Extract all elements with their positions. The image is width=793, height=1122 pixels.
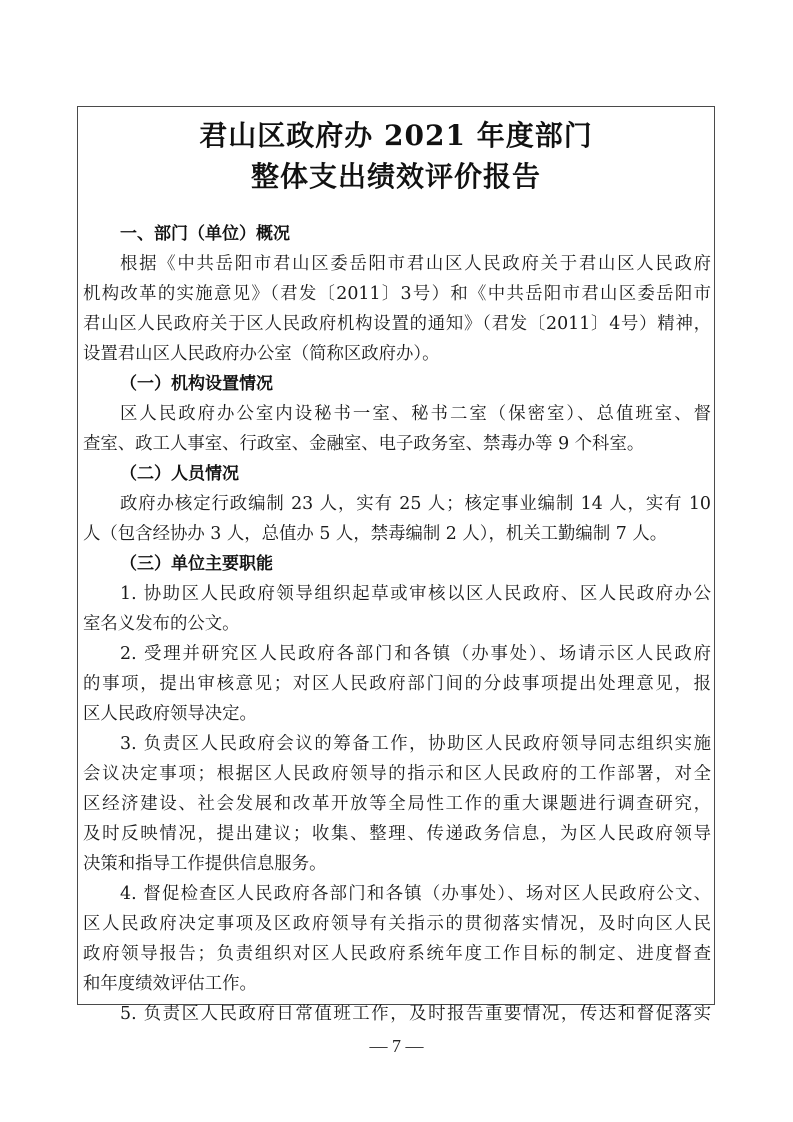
function-line: 1. 协助区人民政府领导组织起草或审核以区人民政府、区人民政府办公 — [120, 582, 711, 606]
subheading-organization: （一）机构设置情况 — [120, 372, 273, 396]
page-number: — 7 — — [0, 1036, 793, 1057]
function-line: 4. 督促检查区人民政府各部门和各镇（办事处）、场对区人民政府公文、 — [120, 882, 711, 906]
subheading-staffing: （二）人员情况 — [120, 462, 239, 486]
paragraph-line: 区人民政府办公室内设秘书一室、秘书二室（保密室）、总值班室、督 — [120, 402, 711, 426]
paragraph-line: 查室、政工人事室、行政室、金融室、电子政务室、禁毒办等 9 个科室。 — [83, 432, 711, 456]
function-line: 区人民政府领导决定。 — [83, 702, 711, 726]
function-line: 区经济建设、社会发展和改革开放等全局性工作的重大课题进行调查研究， — [83, 792, 711, 816]
section-heading-overview: 一、部门（单位）概况 — [120, 222, 290, 246]
function-line: 和年度绩效评估工作。 — [83, 972, 711, 996]
function-line: 决策和指导工作提供信息服务。 — [83, 852, 711, 876]
function-line: 的事项，提出审核意见；对区人民政府部门间的分歧事项提出处理意见，报 — [83, 672, 711, 696]
function-line: 会议决定事项；根据区人民政府领导的指示和区人民政府的工作部署，对全 — [83, 762, 711, 786]
function-line: 2. 受理并研究区人民政府各部门和各镇（办事处）、场请示区人民政府 — [120, 642, 711, 666]
function-line: 5. 负责区人民政府日常值班工作，及时报告重要情况，传达和督促落实 — [120, 1002, 711, 1026]
paragraph-line: 君山区人民政府关于区人民政府机构设置的通知》（君发〔2011〕4号）精神， — [83, 312, 711, 336]
function-line: 政府领导报告；负责组织对区人民政府系统年度工作目标的制定、进度督查 — [83, 942, 711, 966]
function-line: 室名义发布的公文。 — [83, 612, 711, 636]
paragraph-line: 根据《中共岳阳市君山区委岳阳市君山区人民政府关于君山区人民政府 — [120, 252, 711, 276]
report-title-line-2: 整体支出绩效评价报告 — [77, 155, 715, 195]
paragraph-line: 机构改革的实施意见》（君发〔2011〕3号）和《中共岳阳市君山区委岳阳市 — [83, 282, 711, 306]
paragraph-line: 政府办核定行政编制 23 人，实有 25 人；核定事业编制 14 人，实有 10 — [120, 492, 711, 516]
function-line: 区人民政府决定事项及区政府领导有关指示的贯彻落实情况，及时向区人民 — [83, 912, 711, 936]
function-line: 3. 负责区人民政府会议的筹备工作，协助区人民政府领导同志组织实施 — [120, 732, 711, 756]
function-line: 及时反映情况，提出建议；收集、整理、传递政务信息，为区人民政府领导 — [83, 822, 711, 846]
paragraph-line: 设置君山区人民政府办公室（简称区政府办）。 — [83, 342, 711, 366]
subheading-functions: （三）单位主要职能 — [120, 552, 273, 576]
paragraph-line: 人（包含经协办 3 人，总值办 5 人，禁毒编制 2 人），机关工勤编制 7 人… — [83, 522, 711, 546]
report-title-line-1: 君山区政府办 2021 年度部门 — [77, 114, 715, 154]
